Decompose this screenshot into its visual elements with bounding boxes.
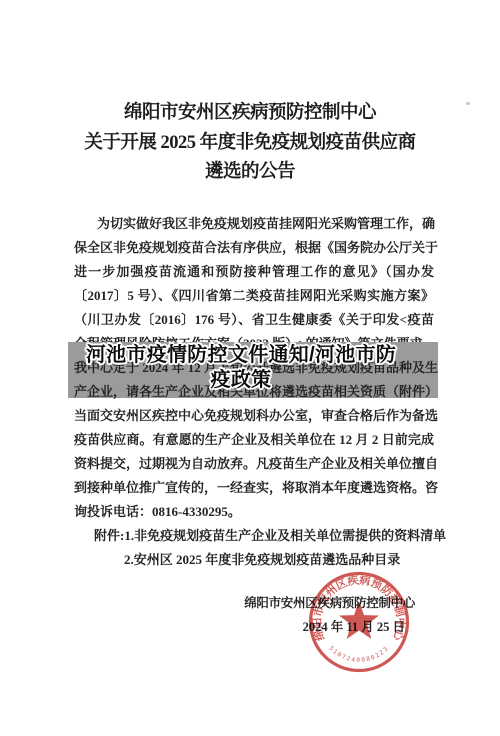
body-line: 到接种单位推广宣传的，一经查实，将取消本年度遴选资格。咨 [74, 476, 434, 500]
svg-text:5107240080223: 5107240080223 [327, 645, 390, 664]
spam-overlay-text: 河池市疫情防控文件通知/河池市防 疫政策 [58, 343, 424, 393]
scanned-notice-page: 绵阳市安州区疾病预防控制中心 关于开展 2025 年度非免疫规划疫苗供应商 遴选… [0, 0, 500, 736]
body-line: 〔2017〕5 号）、《四川省第二类疫苗挂网阳光采购实施方案》 [74, 284, 434, 308]
attachment-line-1: 附件:1.非免疫规划疫苗生产企业及相关单位需提供的资料清单 [74, 524, 434, 548]
notice-title-line-2: 关于开展 2025 年度非免疫规划疫苗供应商 [0, 129, 500, 159]
body-line: 保全区非免疫规划疫苗合法有序供应，根据《国务院办公厅关于 [74, 236, 434, 260]
spam-overlay-line-1: 河池市疫情防控文件通知/河池市防 [58, 343, 424, 368]
notice-title-line-3: 遴选的公告 [0, 158, 500, 188]
scan-speck [466, 102, 470, 105]
seal-star-icon [339, 601, 379, 639]
body-line: 当面交安州区疾控中心免疫规划科办公室，审查合格后作为备选 [74, 404, 434, 428]
official-seal-stamp: 绵阳市安州区疾病预防控制中心 5107240080223 [304, 567, 414, 677]
body-line: （川卫办发〔2016〕176 号）、省卫生健康委《关于印发<疫苗 [74, 308, 434, 332]
body-line: 为切实做好我区非免疫规划疫苗挂网阳光采购管理工作，确 [74, 212, 434, 236]
seal-serial-number: 5107240080223 [327, 645, 390, 664]
notice-title-line-1: 绵阳市安州区疾病预防控制中心 [0, 99, 500, 129]
notice-title: 绵阳市安州区疾病预防控制中心 关于开展 2025 年度非免疫规划疫苗供应商 遴选… [0, 99, 500, 188]
spam-overlay-line-2: 疫政策 [58, 368, 424, 393]
body-line: 资料提交，过期视为自动放弃。凡疫苗生产企业及相关单位擅自 [74, 452, 434, 476]
body-line-phone: 询投诉电话：0816-4330295。 [74, 500, 434, 524]
body-line: 进一步加强疫苗流通和预防接种管理工作的意见》（国办发 [74, 260, 434, 284]
body-line: 疫苗供应商。有意愿的生产企业及相关单位在 12 月 2 日前完成 [74, 428, 434, 452]
